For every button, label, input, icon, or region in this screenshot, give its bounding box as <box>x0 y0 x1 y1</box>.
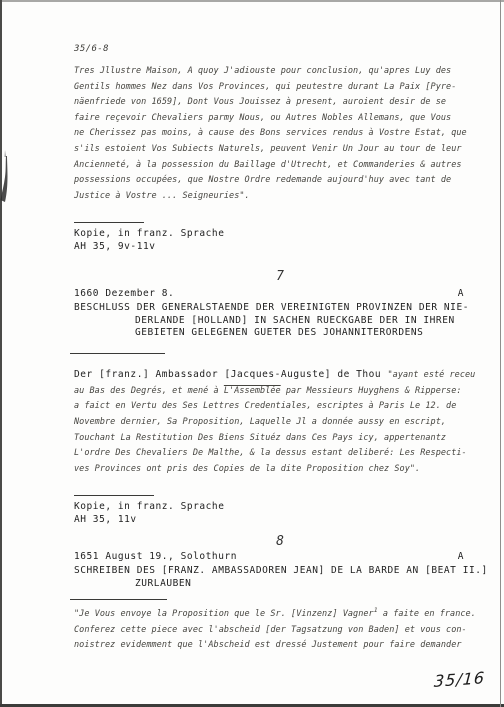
entry-8-title-line: SCHREIBEN DES [FRANZ. AMBASSADOREN JEAN]… <box>74 565 464 577</box>
body-line: ves Provinces ont pris des Copies de la … <box>74 462 464 478</box>
quote-line: Tres Jllustre Maison, A quoy J'adiouste … <box>74 64 464 80</box>
entry-7-title: BESCHLUSS DER GENERALSTAENDE DER VEREINI… <box>74 302 464 339</box>
body-line: Novembre dernier, Sa Proposition, Laquel… <box>74 415 464 431</box>
body-quote-text: "Je Vous envoye la Proposition que le Sr… <box>74 609 374 619</box>
quote-line: Ancienneté, à la possession du Baillage … <box>74 158 464 174</box>
source-note: Kopie, in franz. Sprache AH 35, 9v-11v <box>74 227 464 253</box>
body-line: noistrez evidemment que l'Abscheid est d… <box>74 638 464 654</box>
entry-7-number: 7 <box>74 269 464 284</box>
quote-line: faire reçevoir Chevaliers parmy Nous, ou… <box>74 111 464 127</box>
source-note: Kopie, in franz. Sprache AH 35, 11v <box>74 500 464 526</box>
entry-7-title-line: DERLANDE [HOLLAND] IN SACHEN RUECKGABE D… <box>74 315 464 327</box>
body-line: au Bas des Degrés, et mené à L'Assemblée… <box>74 384 464 400</box>
entry-7-title-line: GEBIETEN GELEGENEN GUETER DES JOHANNITER… <box>74 327 464 339</box>
page-content: 35/6-8 Tres Jllustre Maison, A quoy J'ad… <box>74 44 464 654</box>
source-separator-rule <box>74 495 154 496</box>
quote-line: näenfriede von 1659], Dont Vous Jouissez… <box>74 95 464 111</box>
entry-7-marker: A <box>458 288 464 300</box>
body-line: L'ordre Des Chevaliers De Malthe, & la d… <box>74 446 464 462</box>
entry-8-title-line: ZURLAUBEN <box>74 578 464 590</box>
quote-line: Gentils hommes Nez dans Vos Provinces, q… <box>74 80 464 96</box>
entry-8-body: "Je Vous envoye la Proposition que le Sr… <box>74 607 464 654</box>
body-quote-text: par Messieurs Huyghens & Ripperse: <box>281 386 462 396</box>
source-note-type: Kopie, in franz. Sprache <box>74 500 464 513</box>
scan-edge-right <box>500 0 501 707</box>
entry-7-body-rule <box>70 353 165 354</box>
entry-8-title: SCHREIBEN DES [FRANZ. AMBASSADOREN JEAN]… <box>74 565 464 590</box>
source-note-signature: AH 35, 11v <box>74 513 464 526</box>
scan-edge-left <box>0 0 2 707</box>
source-note-type: Kopie, in franz. Sprache <box>74 227 464 240</box>
entry-7-body: Der [franz.] Ambassador [Jacques-Auguste… <box>74 364 464 477</box>
body-line: Der [franz.] Ambassador [Jacques-Auguste… <box>74 364 464 384</box>
handwritten-folio-number: 35/16 <box>433 668 485 691</box>
source-separator-rule <box>74 222 144 223</box>
entry-8-body-rule <box>70 599 167 600</box>
entry-7-title-line: BESCHLUSS DER GENERALSTAENDE DER VEREINI… <box>74 302 464 314</box>
body-quote-text: a faite en france. <box>378 609 476 619</box>
body-line: Conferez cette piece avec l'abscheid [de… <box>74 623 464 639</box>
entry-8-marker: A <box>458 551 464 563</box>
overlined-word: L'Assemblée <box>224 386 281 396</box>
body-quote-text: au Bas des Degrés, et mené à <box>74 386 224 396</box>
body-regular-text: Der [franz.] Ambassador [Jacques-Auguste… <box>74 369 387 380</box>
quote-line: Justice à Vostre ... Seigneuries". <box>74 189 464 205</box>
source-note-signature: AH 35, 9v-11v <box>74 240 464 253</box>
intro-quote-paragraph: Tres Jllustre Maison, A quoy J'adiouste … <box>74 64 464 204</box>
body-line: "Je Vous envoye la Proposition que le Sr… <box>74 607 464 623</box>
margin-ink-mark <box>0 150 14 214</box>
entry-7-dateline: 1660 Dezember 8. A <box>74 288 464 300</box>
entry-8-dateline: 1651 August 19., Solothurn A <box>74 551 464 563</box>
entry-8-date: 1651 August 19., Solothurn <box>74 551 237 563</box>
quote-line: s'ils estoient Vos Subiects Naturels, pe… <box>74 142 464 158</box>
body-quote-text: "ayant esté receu <box>387 370 475 380</box>
scan-edge-top <box>0 0 504 2</box>
scanned-document-page: 35/6-8 Tres Jllustre Maison, A quoy J'ad… <box>0 0 504 707</box>
archive-reference: 35/6-8 <box>74 44 464 54</box>
body-line: a faict en Vertu des Ses Lettres Credent… <box>74 399 464 415</box>
quote-line: ne Cherissez pas moins, à cause des Bons… <box>74 126 464 142</box>
quote-line: possessions occupées, que Nostre Ordre r… <box>74 173 464 189</box>
body-line: Touchant La Restitution Des Biens Situéz… <box>74 431 464 447</box>
entry-7-date: 1660 Dezember 8. <box>74 288 174 300</box>
entry-8-number: 8 <box>74 534 464 549</box>
